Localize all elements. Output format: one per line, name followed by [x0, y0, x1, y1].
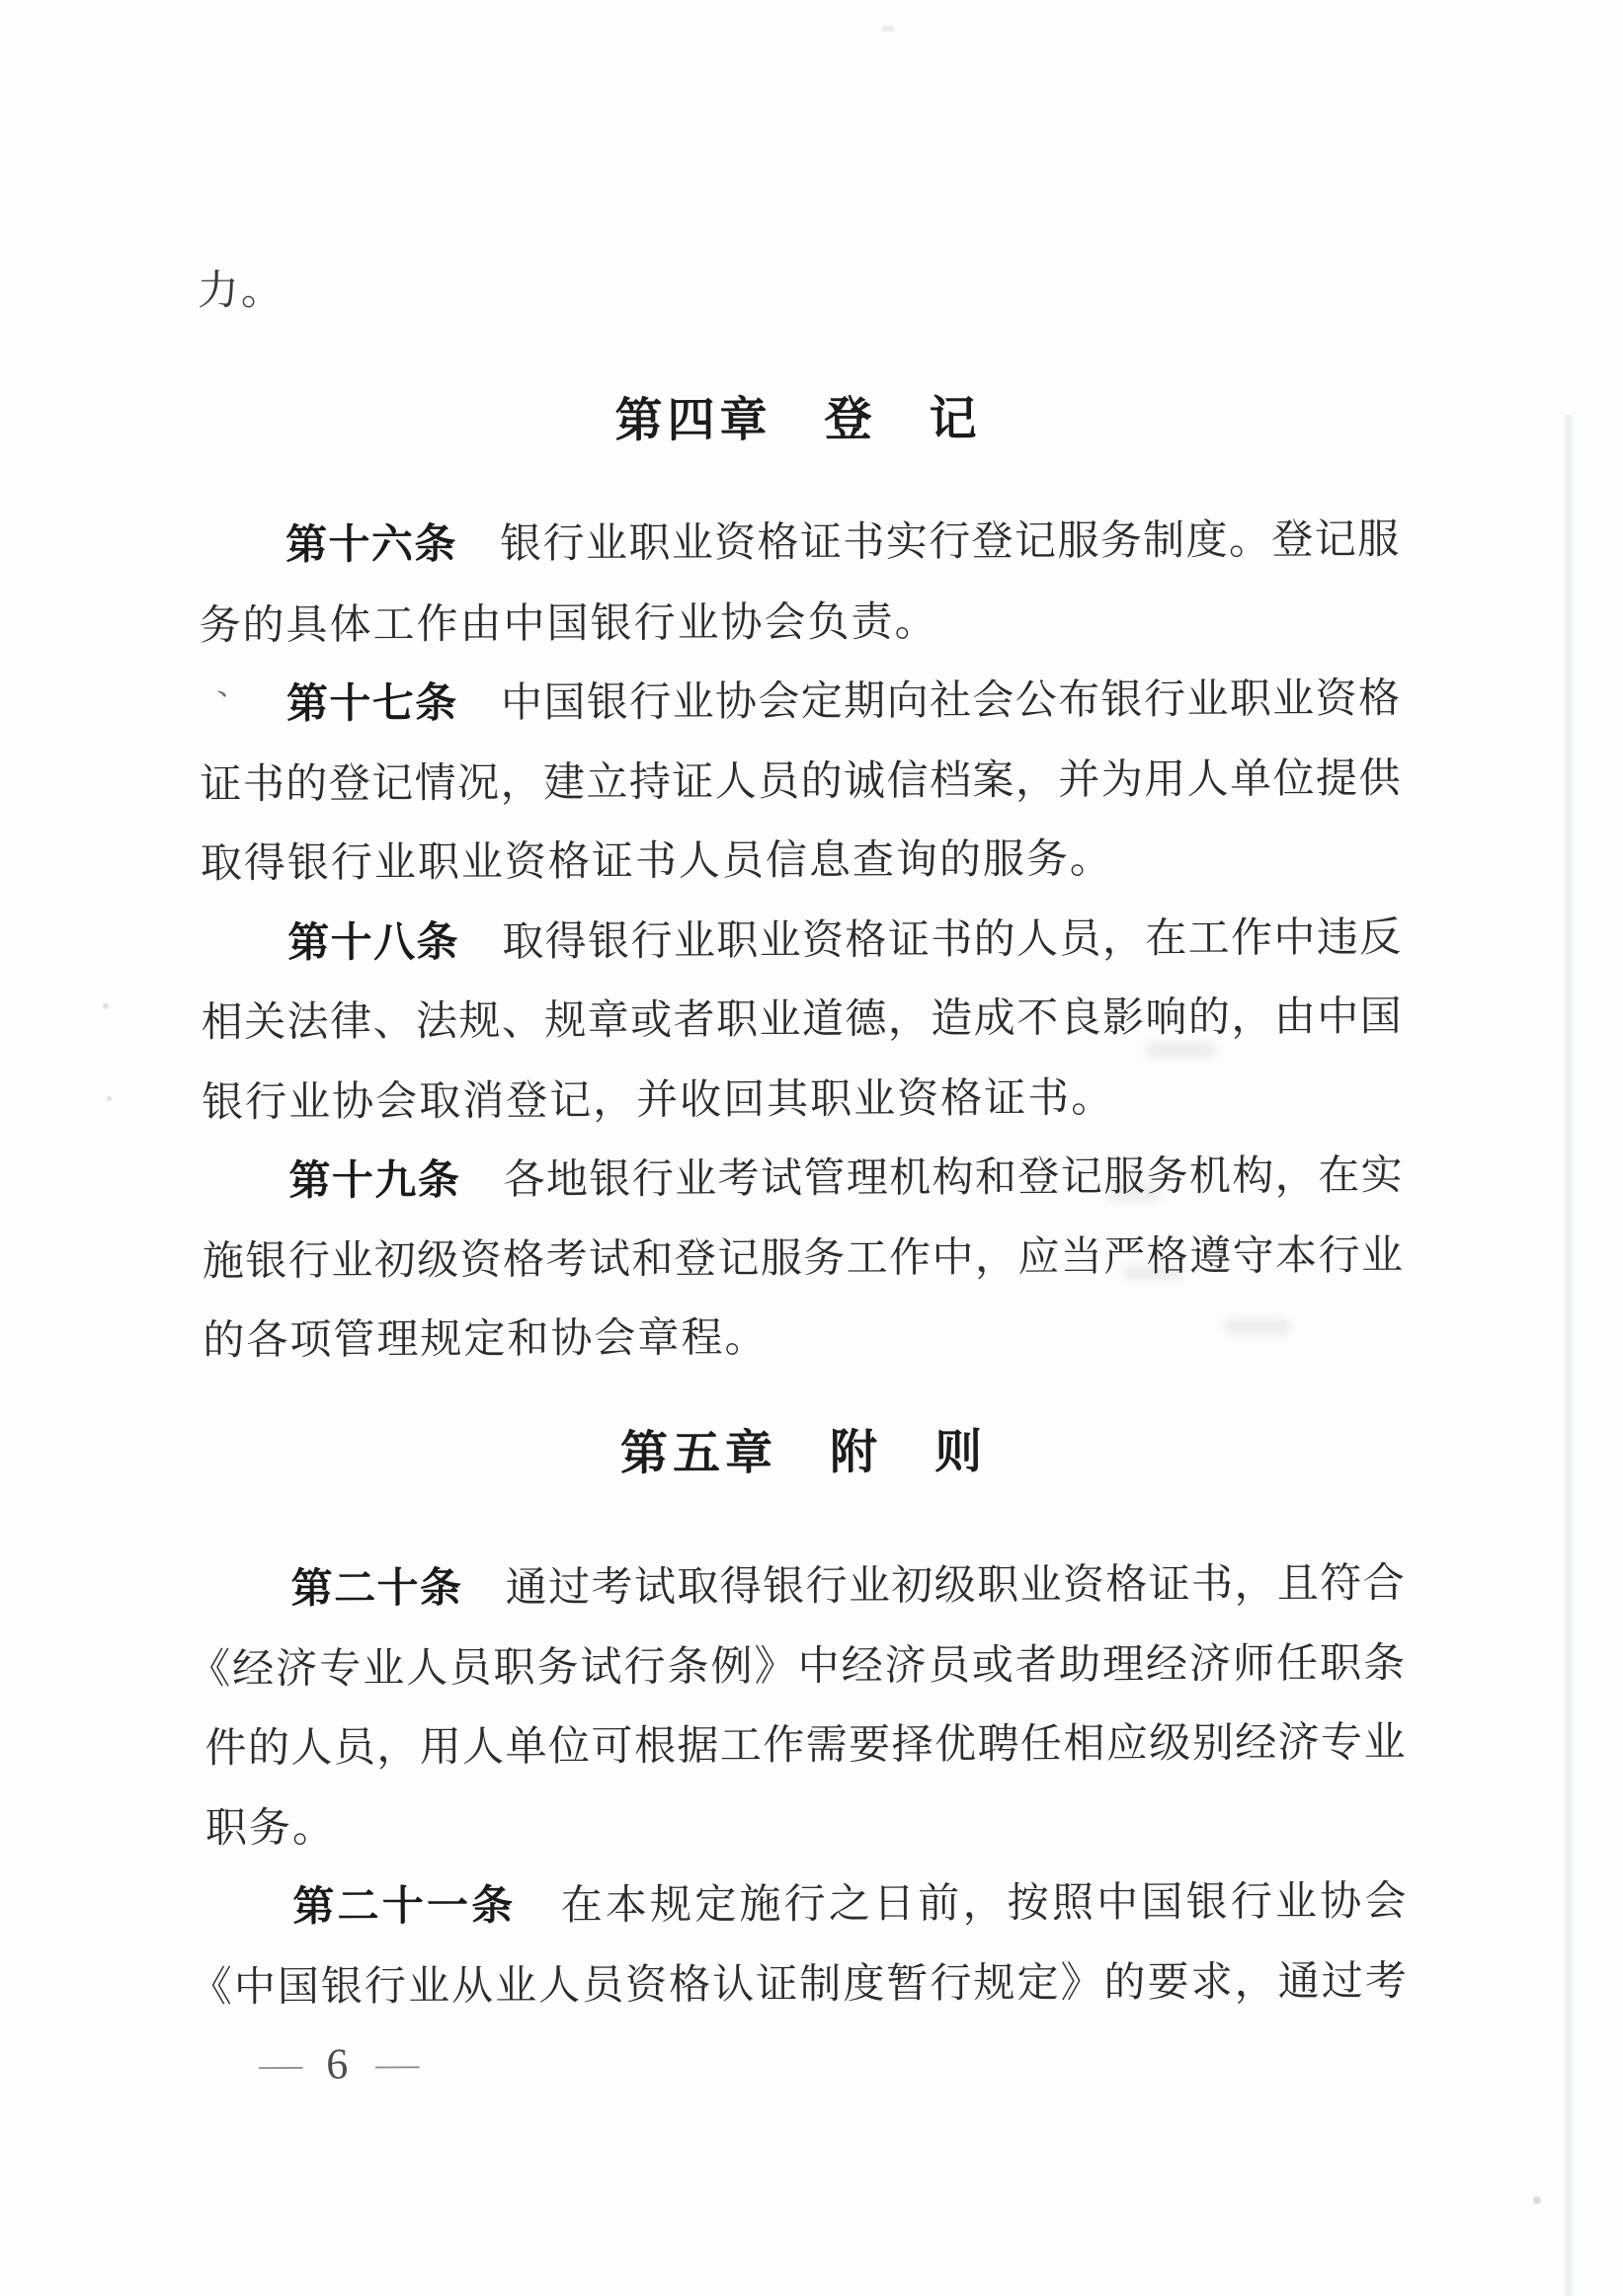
text-line: 务的具体工作由中国银行业协会负责。 [199, 580, 1399, 666]
text-line: 职务。 [205, 1782, 1406, 1868]
article-number: 第十九条 [288, 1158, 460, 1205]
article-number: 第十八条 [287, 919, 459, 966]
article-number: 第二十一条 [292, 1884, 516, 1931]
text-line: 第二十条 通过考试取得银行业初级职业资格证书，且符合 [204, 1544, 1405, 1630]
article-number: 第十七条 [286, 681, 458, 728]
text-line: 的各项管理规定和协会章程。 [203, 1296, 1403, 1382]
article-number: 第十六条 [285, 522, 457, 569]
text-line: 银行业协会取消登记，并收回其职业资格证书。 [202, 1057, 1402, 1143]
page-content: 力。 第四章 登 记 、 第十六条 银行业职业资格证书实行登记服务制度。登记服 … [0, 0, 1623, 2296]
scanned-document-page: 力。 第四章 登 记 、 第十六条 银行业职业资格证书实行登记服务制度。登记服 … [0, 0, 1623, 2296]
article-body-text: 取得银行业职业资格证书的人员，在工作中违反 [459, 914, 1402, 965]
article-body-text: 银行业职业资格证书实行登记服务制度。登记服 [457, 517, 1400, 568]
text-line: 第十八条 取得银行业职业资格证书的人员，在工作中违反 [201, 898, 1401, 984]
text-line: 《中国银行业从业人员资格认证制度暂行规定》的要求，通过考 [191, 1941, 1407, 2027]
body-text-block-1: 第十六条 银行业职业资格证书实行登记服务制度。登记服 务的具体工作由中国银行业协… [199, 501, 1404, 1382]
text-line: 第十七条 中国银行业协会定期向社会公布银行业职业资格 [200, 660, 1400, 746]
article-body-text: 在本规定施行之日前，按照中国银行业协会 [516, 1879, 1406, 1930]
article-body-text: 各地银行业考试管理机构和登记服务机构，在实 [460, 1153, 1403, 1204]
page-number-dash-left: — [259, 2043, 302, 2087]
text-line: 第十六条 银行业职业资格证书实行登记服务制度。登记服 [199, 501, 1399, 587]
article-body-text: 通过考试取得银行业初级职业资格证书，且符合 [462, 1561, 1405, 1612]
chapter-4-heading: 第四章 登 记 [198, 388, 1398, 453]
page-number-value: 6 [326, 2038, 348, 2090]
body-text-block-2: 第二十条 通过考试取得银行业初级职业资格证书，且符合 《经济专业人员职务试行条例… [204, 1544, 1408, 2027]
page-number: —6— [259, 2038, 419, 2091]
text-line: 第二十一条 在本规定施行之日前，按照中国银行业协会 [205, 1862, 1406, 1948]
text-line: 《经济专业人员职务试行条例》中经济员或者助理经济师任职条 [189, 1623, 1405, 1709]
text-line: 相关法律、法规、规章或者职业道德，造成不良影响的，由中国 [202, 978, 1402, 1064]
article-number: 第二十条 [291, 1566, 463, 1613]
text-line: 取得银行业职业资格证书人员信息查询的服务。 [201, 819, 1401, 905]
article-body-text: 中国银行业协会定期向社会公布银行业职业资格 [458, 676, 1401, 727]
text-line: 施银行业初级资格考试和登记服务工作中，应当严格遵守本行业 [203, 1216, 1403, 1302]
text-line: 第十九条 各地银行业考试管理机构和登记服务机构，在实 [202, 1137, 1402, 1223]
chapter-5-heading: 第五章 附 则 [203, 1421, 1404, 1486]
continuation-line: 力。 [198, 262, 284, 321]
text-line: 证书的登记情况，建立持证人员的诚信档案，并为用人单位提供 [200, 739, 1400, 825]
text-line: 件的人员，用人单位可根据工作需要择优聘任相应级别经济专业 [204, 1703, 1405, 1789]
page-number-dash-right: — [375, 2042, 419, 2086]
